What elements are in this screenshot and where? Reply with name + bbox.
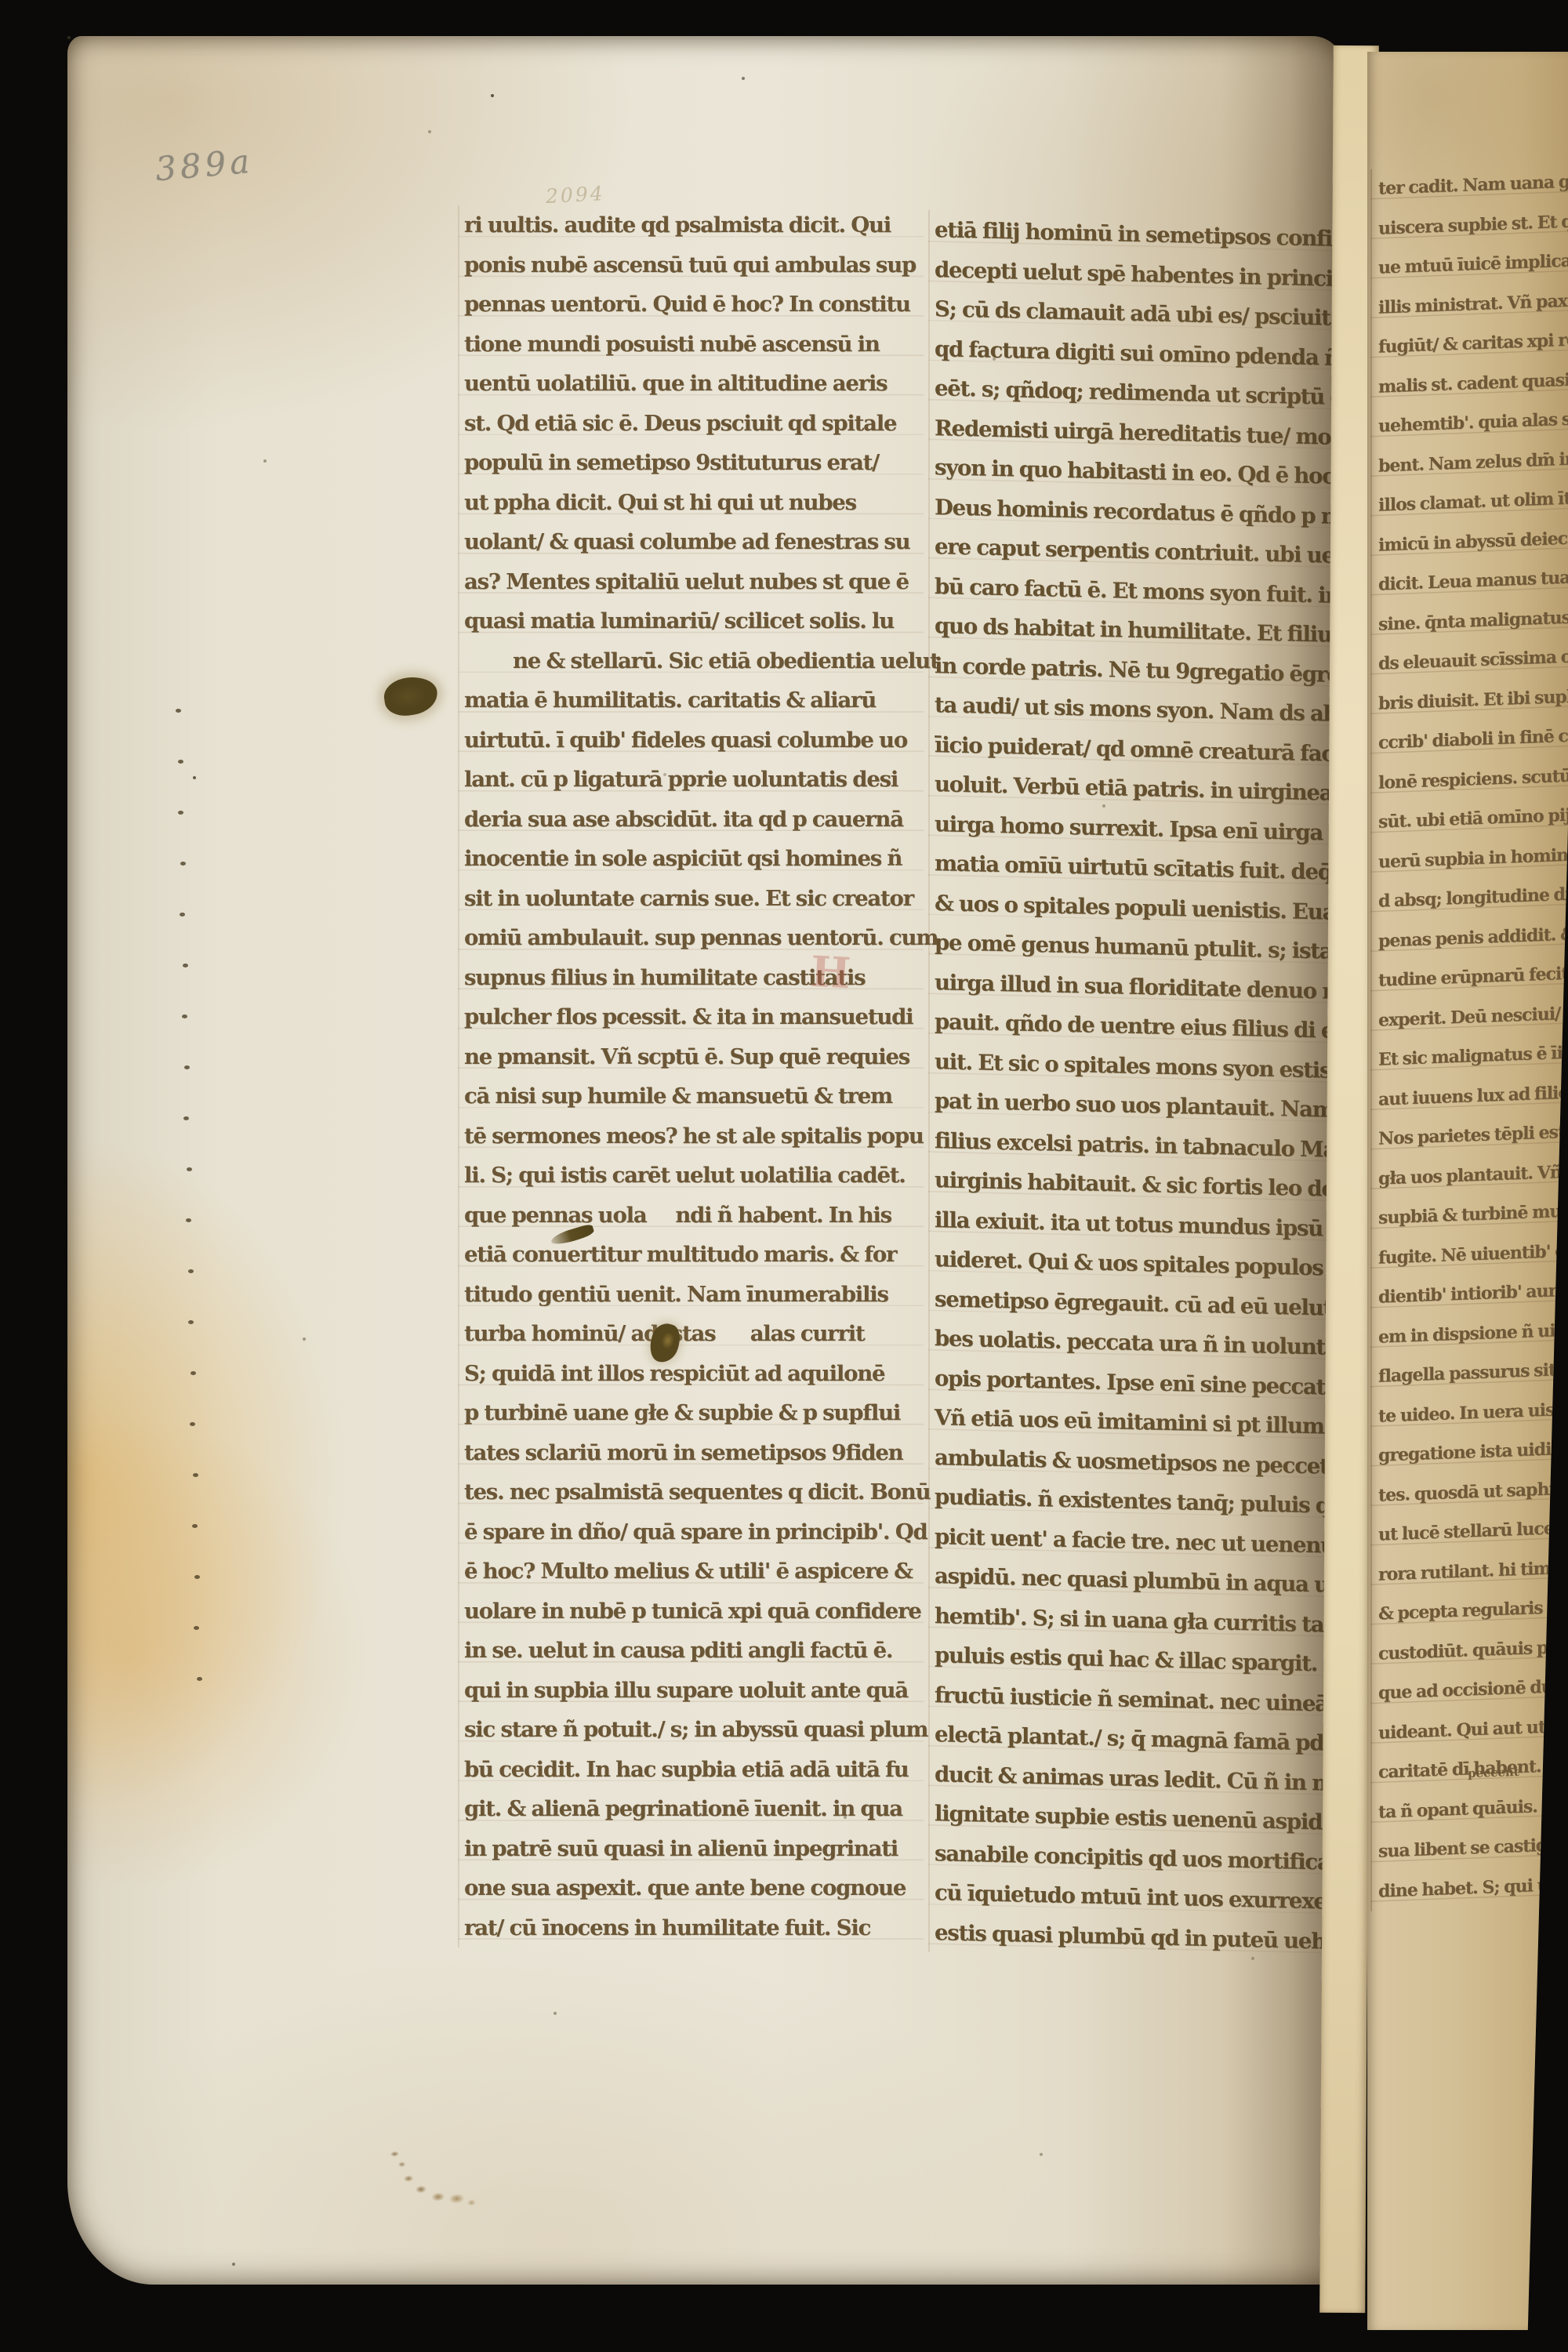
text-line: matia ē humilitatis. caritatis & aliarū — [464, 681, 924, 720]
text-line: ter cadit. Nam uana gła & — [1378, 157, 1568, 209]
prick-mark — [178, 760, 183, 764]
text-line: in se. uelut in causa pditi angli factū … — [464, 1631, 924, 1671]
manuscript-photo: 389a 2094 ri uultis. audite qd psalmista… — [0, 0, 1568, 2352]
prick-mark — [194, 1626, 199, 1630]
faint-shelfmark: 2094 — [545, 182, 605, 208]
prick-mark — [197, 1677, 202, 1681]
prick-mark — [180, 913, 185, 916]
text-line: pennas uentorū. Quid ē hoc? In constitu — [464, 285, 924, 325]
text-line: ē spare in dño/ quā spare in principib'.… — [464, 1512, 924, 1552]
text-line: git. & alienā pegrinationē īuenit. in qu… — [464, 1789, 924, 1829]
text-line: pulcher flos pcessit. & ita in mansuetud… — [464, 997, 924, 1037]
prick-mark — [178, 811, 183, 815]
text-line: omiū ambulauit. sup pennas uentorū. cum — [464, 918, 924, 958]
text-line: sic stare ñ potuit./ s; in abyssū quasi … — [464, 1710, 924, 1750]
prick-mark — [188, 1320, 194, 1324]
text-line: que pennas uola ndi ñ habent. In his — [464, 1196, 924, 1236]
folio-number: 389a — [154, 142, 255, 189]
prick-mark — [182, 1014, 187, 1018]
ink-blob-large — [382, 674, 440, 719]
text-line: populū in semetipso 9stituturus erat/ — [464, 443, 924, 483]
prick-mark — [190, 1422, 195, 1426]
prick-mark — [194, 1575, 200, 1579]
text-line: rat/ cū īnocens in humilitate fuit. Sic — [464, 1908, 924, 1948]
text-line: tates sclariū morū in semetipsos 9fiden — [464, 1433, 924, 1473]
text-column-next-page: ter cadit. Nam uana gła &uiscera supbie … — [1370, 157, 1568, 1911]
text-line: uentū uolatiliū. que in altitudine aeris — [464, 364, 924, 404]
prick-mark — [180, 862, 186, 866]
text-line: in patrē suū quasi in alienū inpegrinati — [464, 1829, 924, 1869]
interlinear-note: peccent — [1468, 1765, 1519, 1780]
next-page-edge: ter cadit. Nam uana gła &uiscera supbie … — [1367, 52, 1568, 2330]
text-line: ne pmansit. Vñ scptū ē. Sup quē requies — [464, 1037, 924, 1077]
text-line: supnus filius in humilitate castitatis — [464, 958, 924, 998]
prick-mark — [186, 1218, 191, 1222]
text-line: ne & stellarū. Sic etiā obedientia uelut — [464, 641, 924, 681]
text-line: turba hominū/ ad istas alas currit — [464, 1314, 924, 1354]
text-line: st. Qd etiā sic ē. Deus psciuit qd spita… — [464, 404, 924, 444]
text-line: qui in supbia illu supare uoluit ante qu… — [464, 1671, 924, 1711]
prick-mark — [191, 1371, 196, 1375]
prick-marks — [176, 709, 191, 1728]
manuscript-page: 389a 2094 ri uultis. audite qd psalmista… — [67, 36, 1345, 2285]
text-line: uirtutū. ī quib' fideles quasi columbe u… — [464, 720, 924, 760]
text-line: uolant/ & quasi columbe ad fenestras su — [464, 522, 924, 562]
text-line: tes. nec psalmistā sequentes q dicit. Bo… — [464, 1472, 924, 1512]
text-line: ponis nubē ascensū tuū qui ambulas sup — [464, 245, 924, 285]
text-line: etiā conuertitur multitudo maris. & for — [464, 1235, 924, 1275]
text-line: quasi matia luminariū/ scilicet solis. l… — [464, 601, 924, 641]
parchment-specks — [67, 36, 71, 39]
prick-mark — [188, 1269, 194, 1273]
text-line: deria sua ase abscidūt. ita qd p cauernā — [464, 800, 924, 840]
text-line: inocentie in sole aspiciūt qsi homines ñ — [464, 839, 924, 879]
text-line: li. S; qui istis carēt uelut uolatilia c… — [464, 1156, 924, 1196]
prick-mark — [193, 1473, 198, 1477]
text-line: lant. cū p ligaturā pprie uoluntatis des… — [464, 760, 924, 800]
text-line: cā nisi sup humile & mansuetū & trem — [464, 1076, 924, 1116]
text-line: uolare in nubē p tunicā xpi quā confider… — [464, 1592, 924, 1632]
text-line: ut ppha dicit. Qui st hi qui ut nubes — [464, 483, 924, 523]
text-line: titudo gentiū uenit. Nam īnumerabilis — [464, 1275, 924, 1315]
text-line: tione mundi posuisti nubē ascensū in — [464, 325, 924, 365]
prick-mark — [192, 1524, 198, 1528]
text-line: tē sermones meos? he st ale spitalis pop… — [464, 1116, 924, 1156]
marginal-red-mark: H — [809, 946, 851, 999]
text-line: S; quidā int illos respiciūt ad aquilonē — [464, 1354, 924, 1394]
smudge-mark — [375, 2131, 486, 2234]
prick-mark — [184, 1065, 190, 1069]
text-line: as? Mentes spitaliū uelut nubes st que ē — [464, 562, 924, 602]
text-line: one sua aspexit. que ante bene cognoue — [464, 1868, 924, 1908]
prick-mark — [183, 1116, 189, 1120]
text-line: ē hoc? Multo melius & utili' ē aspicere … — [464, 1552, 924, 1592]
text-line: ri uultis. audite qd psalmista dicit. Qu… — [464, 205, 924, 245]
prick-mark — [187, 1167, 192, 1171]
prick-mark — [176, 709, 181, 713]
text-column-left: ri uultis. audite qd psalmista dicit. Qu… — [458, 205, 924, 1947]
prick-mark — [183, 964, 188, 967]
text-line: bū cecidit. In hac supbia etiā adā uitā … — [464, 1750, 924, 1790]
text-line: p turbinē uane głe & supbie & p supflui — [464, 1393, 924, 1433]
text-line: sit in uoluntate carnis sue. Et sic crea… — [464, 879, 924, 919]
